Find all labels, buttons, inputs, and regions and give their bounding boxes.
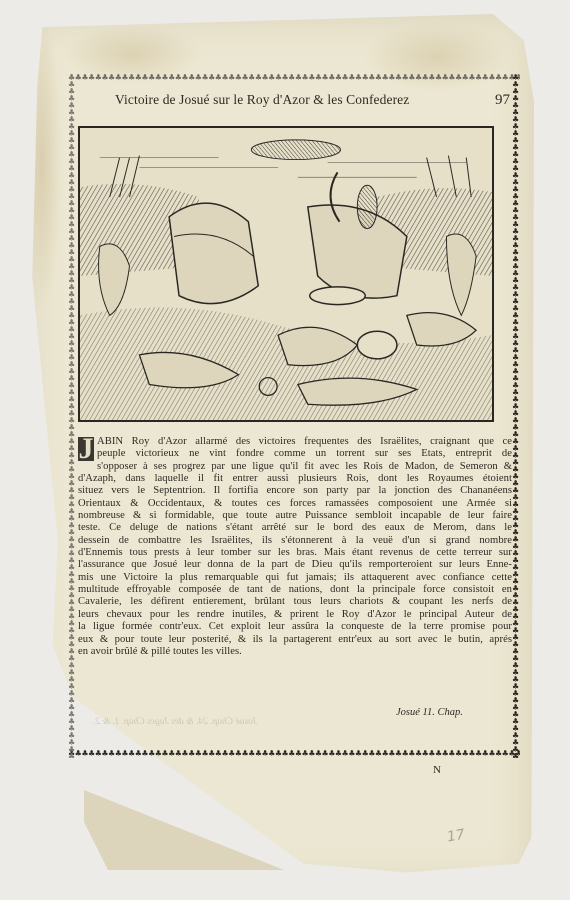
text-line: Cavalerie, les défirent entierement, brû… xyxy=(78,596,512,608)
text-line: d'Ennemis tous prests à leur tomber sur … xyxy=(78,547,512,559)
text-line: la ligue formée contr'eux. Cet exploit l… xyxy=(78,621,512,633)
text-line: multitude effroyable composée de tant de… xyxy=(78,584,512,596)
text-line: d'Azaph, dans laquelle il fit entrer aus… xyxy=(78,473,512,485)
woodcut-illustration xyxy=(78,126,494,422)
border-bottom: ♣♣♣♣♣♣♣♣♣♣♣♣♣♣♣♣♣♣♣♣♣♣♣♣♣♣♣♣♣♣♣♣♣♣♣♣♣♣♣♣… xyxy=(68,750,520,758)
border-left: ♣♣♣♣♣♣♣♣♣♣♣♣♣♣♣♣♣♣♣♣♣♣♣♣♣♣♣♣♣♣♣♣♣♣♣♣♣♣♣♣… xyxy=(68,74,76,758)
text-line: eux & pour toute leur posterité, & ils l… xyxy=(78,634,512,646)
scripture-reference: Josué 11. Chap. xyxy=(396,707,463,718)
text-line: teste. Ce deluge de nations s'étant arrê… xyxy=(78,522,512,534)
battle-scene-image xyxy=(80,128,492,420)
running-title: Victoire de Josué sur le Roy d'Azor & le… xyxy=(115,92,409,108)
text-line: mis une Victoire la plus remarquable qui… xyxy=(78,572,512,584)
border-right: ♣♣♣♣♣♣♣♣♣♣♣♣♣♣♣♣♣♣♣♣♣♣♣♣♣♣♣♣♣♣♣♣♣♣♣♣♣♣♣♣… xyxy=(512,74,520,758)
drop-cap: J xyxy=(78,437,94,461)
border-top: ♣♣♣♣♣♣♣♣♣♣♣♣♣♣♣♣♣♣♣♣♣♣♣♣♣♣♣♣♣♣♣♣♣♣♣♣♣♣♣♣… xyxy=(68,74,520,82)
running-head: Victoire de Josué sur le Roy d'Azor & le… xyxy=(115,92,510,109)
text-line: en avoir brûlé & pillé toutes les villes… xyxy=(78,646,512,658)
text-line: situez vers le Septentrion. Il fortifia … xyxy=(78,485,512,497)
signature-mark: N xyxy=(433,764,441,776)
edge-stain xyxy=(22,14,62,314)
body-text: J ABIN Roy d'Azor allarmé des victoires … xyxy=(78,436,512,658)
text-line: dessein de combattre les Israëlites, ils… xyxy=(78,535,512,547)
text-line: peuple victorieux ne vint fondre comme u… xyxy=(97,448,512,460)
show-through-text: Josué Chap. 24. & des Juges Chap. 1. & 2… xyxy=(93,717,257,727)
text-line: s'opposer à ses progrez par une ligue qu… xyxy=(97,461,512,473)
page-number: 97 xyxy=(495,92,510,109)
pencil-annotation: 17 xyxy=(446,827,466,846)
text-line: l'assurance que Josué leur donna de la p… xyxy=(78,559,512,571)
text-line: nombreuse & si formidable, que toute aut… xyxy=(78,510,512,522)
text-line: leurs chevaux pour les rendre inutiles, … xyxy=(78,609,512,621)
text-line: Orientaux & Occidentaux, & toutes ces fo… xyxy=(78,498,512,510)
text-line: ABIN Roy d'Azor allarmé des victoires fr… xyxy=(97,436,512,448)
